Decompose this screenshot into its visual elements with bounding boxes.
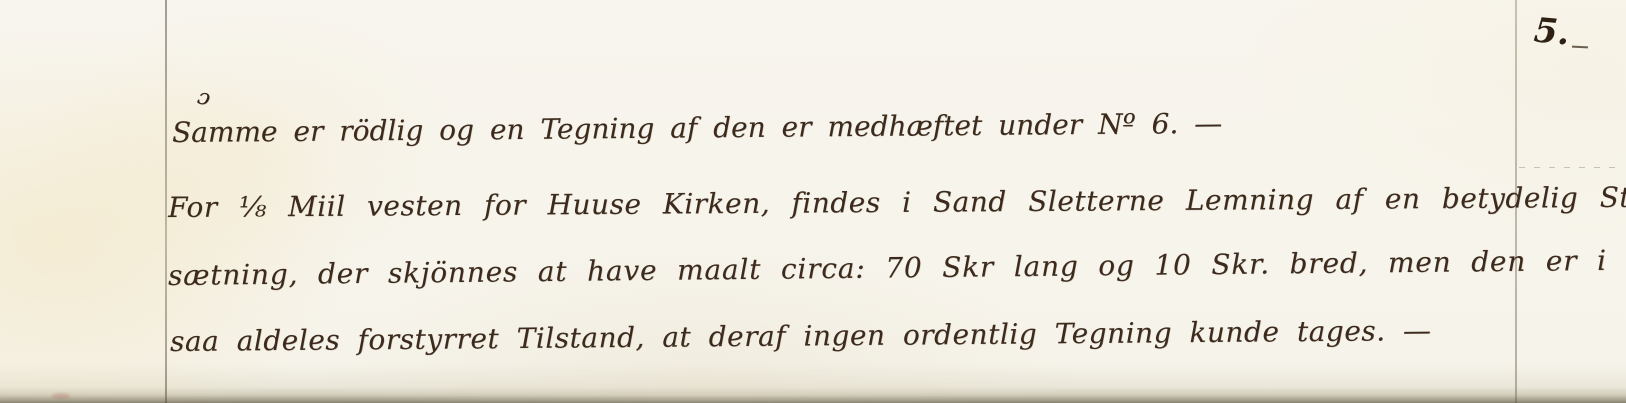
marginalia-flourish: ɔ: [195, 84, 213, 111]
scan-edge-shadow: [0, 395, 1626, 403]
paper-crease: [1519, 167, 1623, 168]
handwritten-line-1: Samme er rödlig og en Tegning af den er …: [172, 107, 1222, 149]
handwritten-line-4: saa aldeles forstyrret Tilstand, at dera…: [170, 314, 1432, 358]
left-margin-rule: [165, 0, 167, 403]
manuscript-page: 5. ɔ Samme er rödlig og en Tegning af de…: [0, 0, 1626, 403]
handwritten-line-2: For ⅛ Miil vesten for Huuse Kirken, find…: [168, 180, 1626, 224]
page-number-dash: [1572, 46, 1588, 49]
page-number: 5.: [1532, 11, 1571, 54]
handwritten-line-3: sætning, der skjönnes at have maalt circ…: [168, 244, 1607, 292]
